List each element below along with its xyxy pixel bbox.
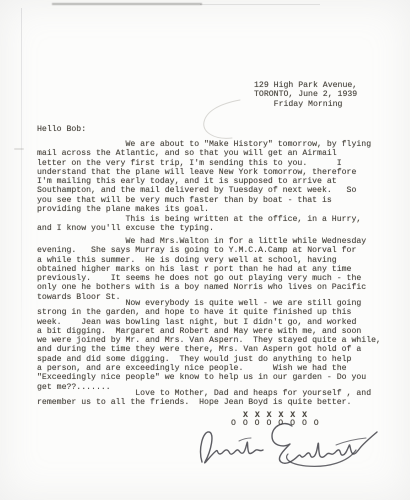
scan-top-edge-artifact: [52, 3, 202, 5]
salutation: Hello Bob:: [37, 125, 86, 134]
scan-top-edge-artifact-faint: [200, 4, 320, 5]
paragraph-garden-news: Now everybody is quite well - we are sti…: [37, 299, 381, 392]
handwritten-signature: [188, 418, 383, 474]
paper-crease-line: [21, 8, 22, 353]
pencil-arc-mark: [188, 98, 258, 146]
paragraph-airmail-history: We are about to "Make History" tomorrow,…: [37, 140, 371, 214]
paragraph-closing-love: Love to Mother, Dad and heaps for yourse…: [37, 389, 371, 408]
letter-page: 129 High Park Avenue, TORONTO, June 2, 1…: [0, 0, 410, 500]
paragraph-written-at-office: This is being written at the office, in …: [37, 215, 361, 234]
pencil-smudge: [14, 148, 24, 150]
signature-auntie-elizabeth-image: [188, 418, 383, 474]
paragraph-mrs-walton-murray: We had Mrs.Walton in for a little while …: [37, 237, 366, 302]
letter-header-address-date: 129 High Park Avenue, TORONTO, June 2, 1…: [254, 81, 357, 109]
